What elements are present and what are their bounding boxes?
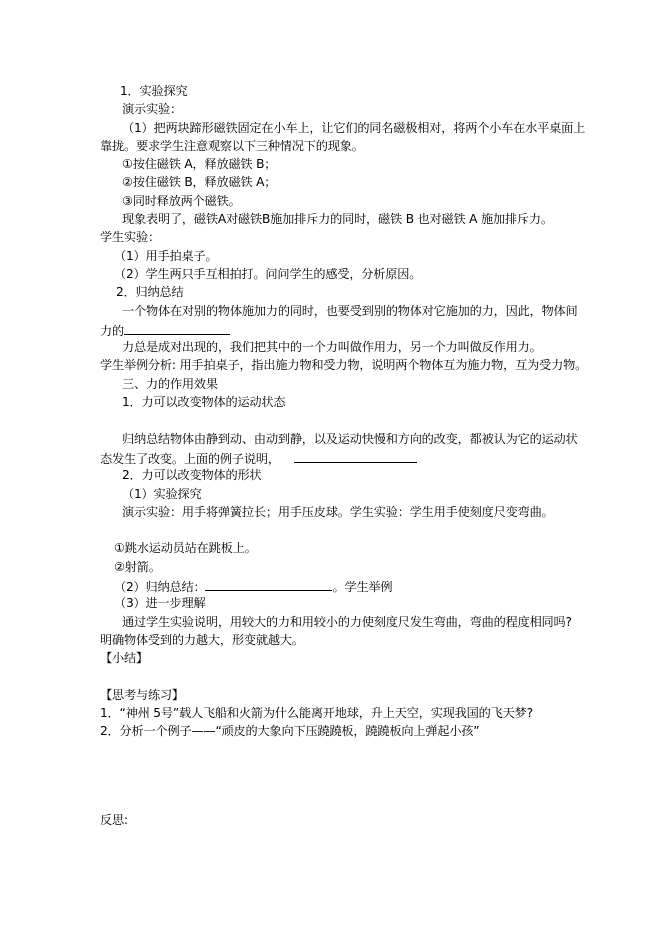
heading-change-shape: 2．力可以改变物体的形状 <box>100 466 600 484</box>
summary-line-2: 力的 <box>100 320 600 338</box>
shape-demo-experiment: 演示实验：用手将弹簧拉长；用手压皮球。学生实验：学生用手使刻度尺变弯曲。 <box>100 503 600 521</box>
motion-summary-line-1: 归纳总结物体由静到动、由动到静，以及运动快慢和方向的改变，都被认为它的运动状 <box>100 430 600 448</box>
reflection-label: 反思: <box>100 811 600 829</box>
spacer <box>100 521 600 539</box>
summary-line-1: 一个物体在对别的物体施加力的同时，也要受到别的物体对它施加的力，因此，物体间 <box>100 302 600 320</box>
phenomenon-conclusion: 现象表明了，磁铁A对磁铁B施加排斥力的同时，磁铁 B 也对磁铁 A 施加排斥力。 <box>100 210 600 228</box>
heading-change-motion: 1．力可以改变物体的运动状态 <box>100 393 600 411</box>
shape-summary-tail: 。学生举例 <box>332 580 392 594</box>
spacer <box>100 411 600 429</box>
motion-summary-line-2: 态发生了改变。上面的例子说明， <box>100 448 600 466</box>
shape-example-1: ①跳水运动员站在跳板上。 <box>100 539 600 557</box>
shape-experiment-title: （1）实验探究 <box>100 485 600 503</box>
case-1: ①按住磁铁 A，释放磁铁 B； <box>100 155 600 173</box>
case-3: ③同时释放两个磁铁。 <box>100 192 600 210</box>
further-understanding-line-1: 通过学生实验说明，用较大的力和用较小的力使刻度尺发生弯曲，弯曲的程度相同吗? <box>100 613 600 631</box>
fill-in-blank-3[interactable] <box>205 576 332 591</box>
student-example-analysis: 学生举例分析: 用手拍桌子，指出施力物和受力物，说明两个物体互为施力物，互为受力… <box>100 356 600 374</box>
motion-summary-line-2-text: 态发生了改变。上面的例子说明， <box>100 452 280 466</box>
shape-summary: （2）归纳总结：。学生举例 <box>100 576 600 594</box>
spacer <box>100 741 600 811</box>
heading-force-effects: 三、力的作用效果 <box>100 375 600 393</box>
spacer <box>100 668 600 686</box>
demo-step-1-line-2: 靠拢。要求学生注意观察以下三种情况下的现象。 <box>100 137 600 155</box>
practice-question-2: 2．分析一个例子——“顽皮的大象向下压蹺蹺板，蹺蹺板向上弹起小孩” <box>100 722 600 740</box>
student-experiment-2: （2）学生两只手互相拍打。问问学生的感受，分析原因。 <box>100 265 600 283</box>
document-page: 1．实验探究 演示实验： （1）把两块蹄形磁铁固定在小车上，让它们的同名磁极相对… <box>100 82 600 829</box>
student-experiment-1: （1）用手拍桌子。 <box>100 247 600 265</box>
heading-experiment-inquiry: 1．实验探究 <box>100 82 600 100</box>
student-experiment-title: 学生实验： <box>100 228 600 246</box>
fill-in-blank-1[interactable] <box>124 320 230 335</box>
summary-line-2-text: 力的 <box>100 324 124 338</box>
shape-example-2: ②射箭。 <box>100 558 600 576</box>
case-2: ②按住磁铁 B，释放磁铁 A； <box>100 173 600 191</box>
heading-summary: 2．归纳总结 <box>100 283 600 301</box>
shape-summary-text: （2）归纳总结： <box>114 580 205 594</box>
action-reaction-statement: 力总是成对出现的，我们把其中的一个力叫做作用力，另一个力叫做反作用力。 <box>100 338 600 356</box>
demo-experiment-title: 演示实验： <box>100 100 600 118</box>
practice-question-1: 1．“神州 5号”载人飞船和火箭为什么能离开地球，升上天空，实现我国的飞天梦? <box>100 704 600 722</box>
further-understanding-title: （3）进一步理解 <box>100 594 600 612</box>
fill-in-blank-2[interactable] <box>294 448 417 463</box>
section-summary: 【小结】 <box>100 649 600 667</box>
section-practice: 【思考与练习】 <box>100 686 600 704</box>
demo-step-1-line-1: （1）把两块蹄形磁铁固定在小车上，让它们的同名磁极相对，将两个小车在水平桌面上 <box>100 119 600 137</box>
further-understanding-line-2: 明确物体受到的力越大，形变就越大。 <box>100 631 600 649</box>
